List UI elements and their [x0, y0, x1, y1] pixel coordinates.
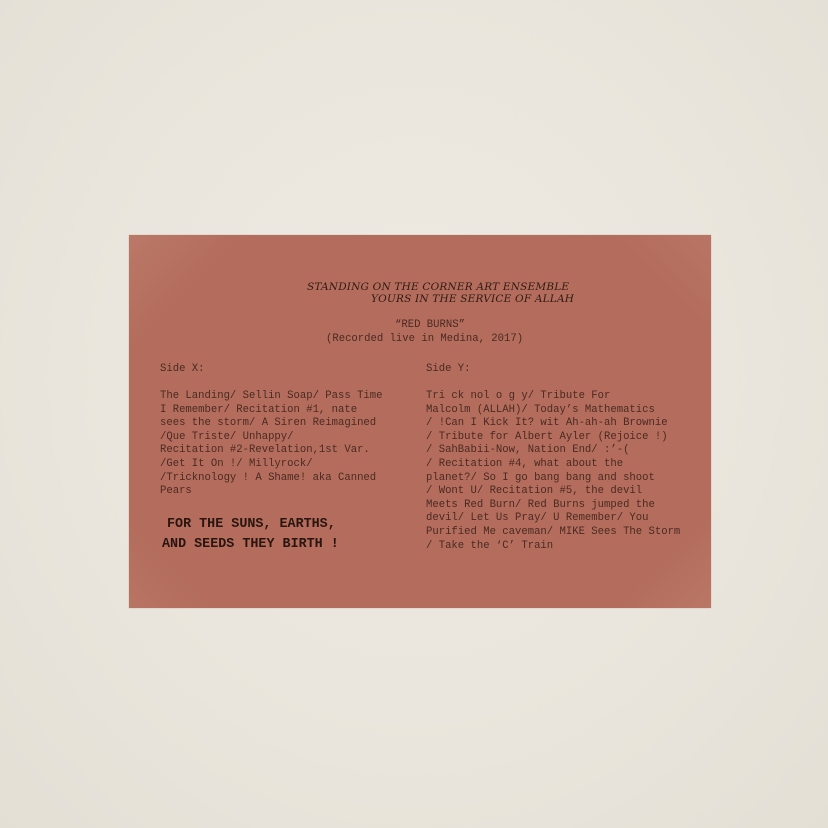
album-subtitle: YOURS IN THE SERVICE OF ALLAH — [371, 293, 574, 305]
side-x-tracklist: The Landing/ Sellin Soap/ Pass TimeI Rem… — [160, 390, 383, 499]
tracklist-line: Tri ck nol o g y/ Tribute For — [426, 390, 680, 404]
tracklist-line: / Recitation #4, what about the — [426, 458, 680, 472]
tracklist-line: / Wont U/ Recitation #5, the devil — [426, 485, 680, 499]
tracklist-line: sees the storm/ A Siren Reimagined — [160, 417, 383, 431]
tracklist-line: The Landing/ Sellin Soap/ Pass Time — [160, 390, 383, 404]
tracklist-line: / Take the ‘C’ Train — [426, 540, 680, 554]
album-title: “RED BURNS” — [395, 319, 465, 333]
artist-name: STANDING ON THE CORNER ART ENSEMBLE — [307, 281, 569, 293]
tracklist-line: / !Can I Kick It? wit Ah-ah-ah Brownie — [426, 417, 680, 431]
tracklist-line: devil/ Let Us Pray/ U Remember/ You — [426, 512, 680, 526]
side-y-tracklist: Tri ck nol o g y/ Tribute ForMalcolm (AL… — [426, 390, 680, 553]
tracklist-line: / Tribute for Albert Ayler (Rejoice !) — [426, 431, 680, 445]
tracklist-line: Malcolm (ALLAH)/ Today’s Mathematics — [426, 404, 680, 418]
album-insert-card: STANDING ON THE CORNER ART ENSEMBLE YOUR… — [129, 235, 711, 608]
tracklist-line: I Remember/ Recitation #1, nate — [160, 404, 383, 418]
tracklist-line: Pears — [160, 485, 383, 499]
tracklist-line: /Que Triste/ Unhappy/ — [160, 431, 383, 445]
recording-note: (Recorded live in Medina, 2017) — [326, 333, 523, 347]
tracklist-line: / SahBabii-Now, Nation End/ :’-( — [426, 444, 680, 458]
motto-line-1: FOR THE SUNS, EARTHS, — [167, 515, 336, 536]
motto-line-2: AND SEEDS THEY BIRTH ! — [162, 535, 339, 556]
tracklist-line: Recitation #2-Revelation,1st Var. — [160, 444, 383, 458]
tracklist-line: Purified Me caveman/ MIKE Sees The Storm — [426, 526, 680, 540]
tracklist-line: planet?/ So I go bang bang and shoot — [426, 472, 680, 486]
side-x-label: Side X: — [160, 363, 205, 377]
tracklist-line: /Get It On !/ Millyrock/ — [160, 458, 383, 472]
tracklist-line: /Tricknology ! A Shame! aka Canned — [160, 472, 383, 486]
side-y-label: Side Y: — [426, 363, 471, 377]
tracklist-line: Meets Red Burn/ Red Burns jumped the — [426, 499, 680, 513]
